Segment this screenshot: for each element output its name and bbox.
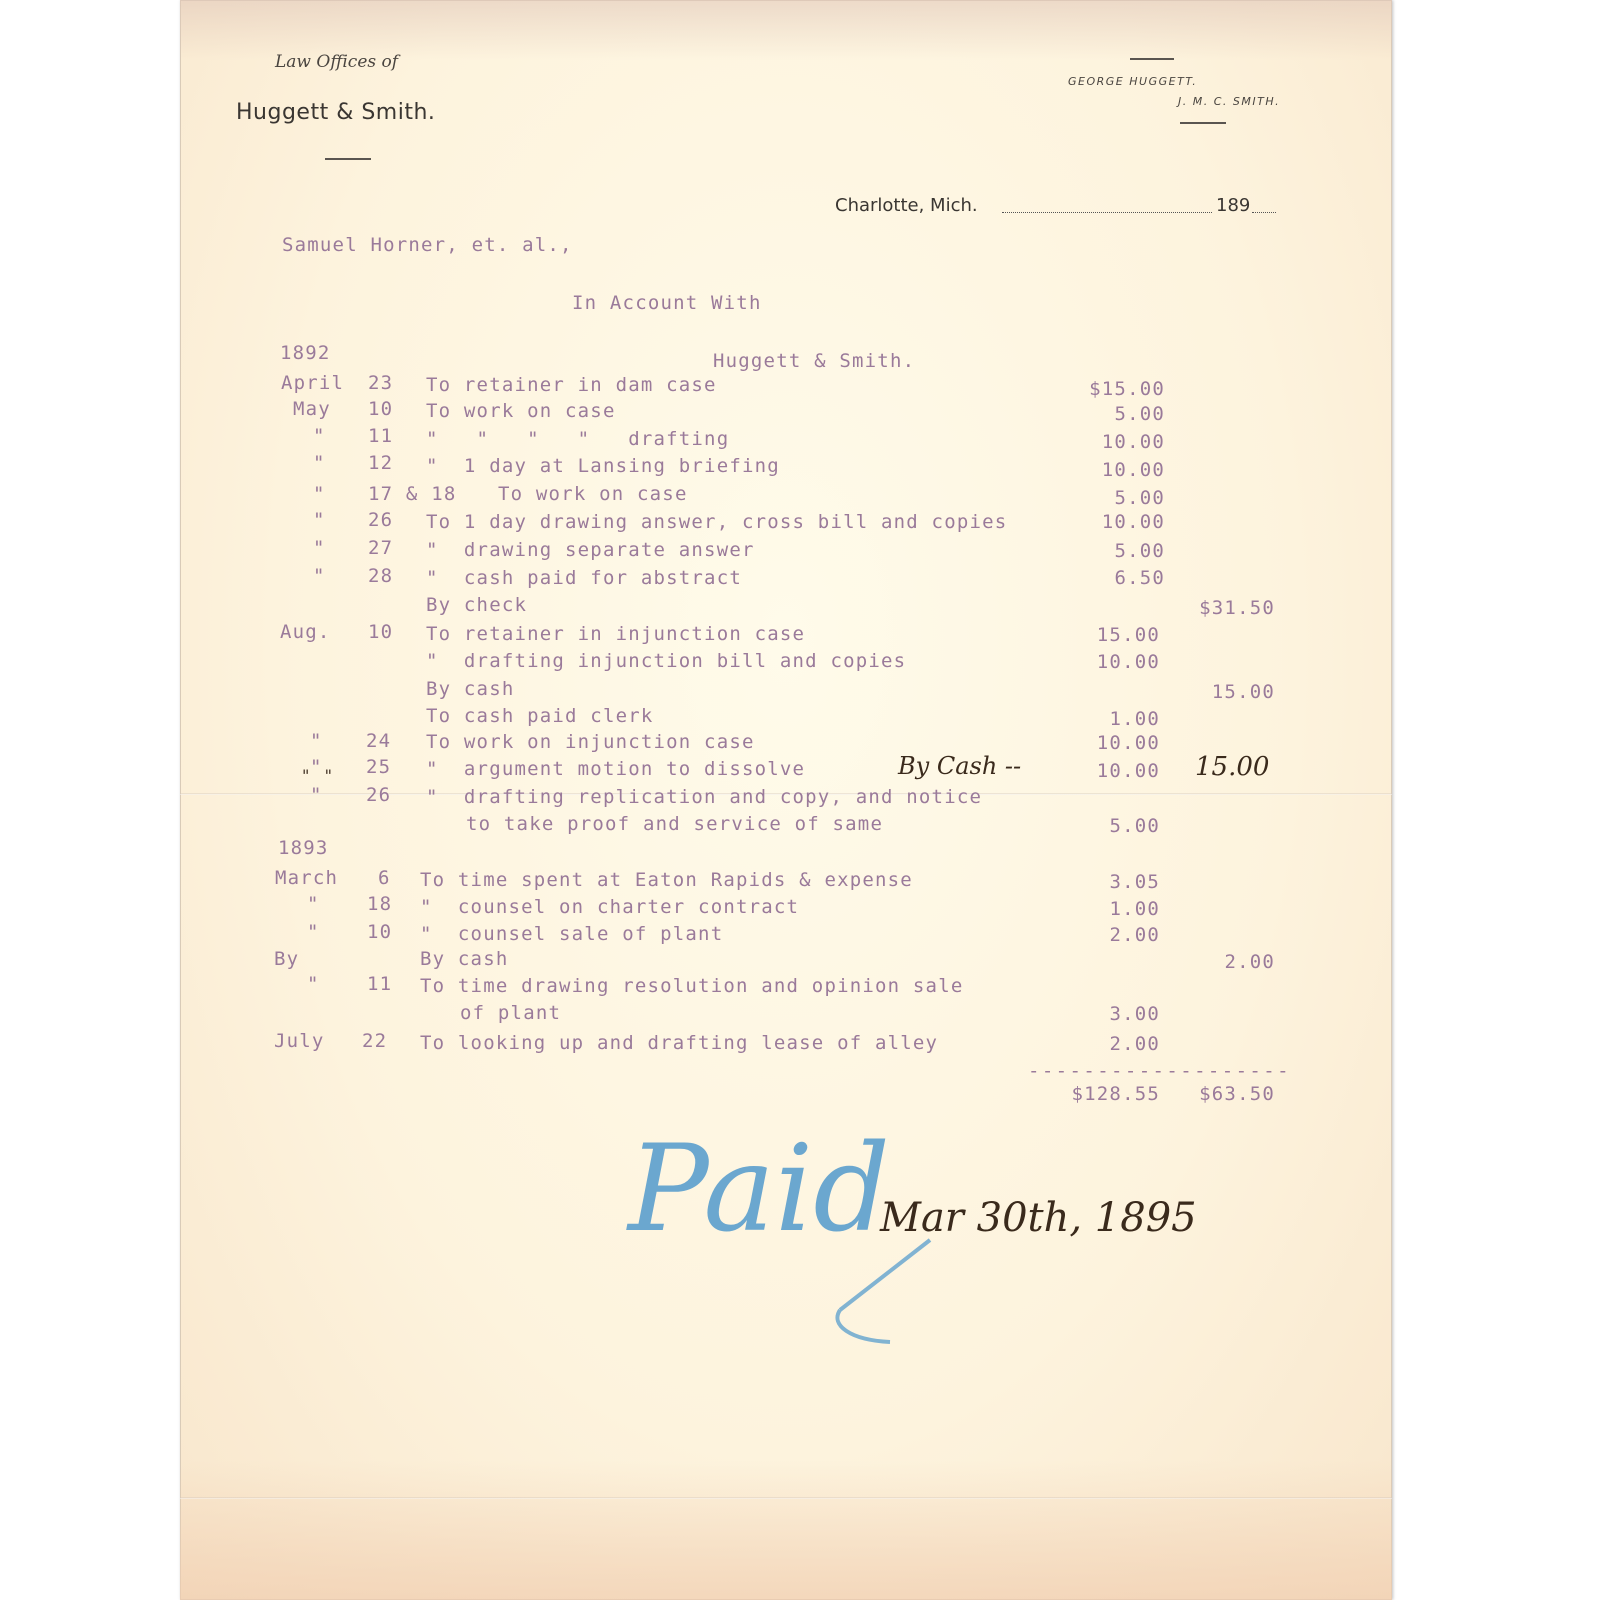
row-debit: 5.00 xyxy=(1055,540,1165,562)
row-day: 11 xyxy=(368,425,393,447)
row-month: " xyxy=(310,730,323,752)
date-dotted-line xyxy=(1002,212,1212,213)
row-day: 22 xyxy=(362,1030,387,1052)
row-day: 28 xyxy=(368,565,393,587)
row-day: 10 xyxy=(367,921,392,943)
row-description: To time spent at Eaton Rapids & expense xyxy=(420,869,913,891)
row-month: March xyxy=(275,867,338,889)
row-description: To cash paid clerk xyxy=(426,705,654,727)
row-day: 6 xyxy=(378,867,391,889)
row-description: to take proof and service of same xyxy=(466,813,883,835)
row-month: " xyxy=(313,537,326,559)
year-1892: 1892 xyxy=(280,342,331,364)
row-day: 26 xyxy=(368,509,393,531)
flourish-ornament-icon xyxy=(1180,122,1226,124)
row-debit: 10.00 xyxy=(1050,732,1160,754)
row-month: May xyxy=(293,398,331,420)
firm-line: Huggett & Smith. xyxy=(713,350,915,372)
fold-line xyxy=(180,1497,1392,1499)
row-month: " xyxy=(307,893,320,915)
row-description: " drawing separate answer xyxy=(426,539,755,561)
row-description: To work on injunction case xyxy=(426,731,755,753)
paper-stain-top xyxy=(180,0,1392,60)
row-debit: 2.00 xyxy=(1050,1033,1160,1055)
letterhead-firm-name: Huggett & Smith. xyxy=(236,100,435,125)
row-debit: 5.00 xyxy=(1055,487,1165,509)
row-description: By cash xyxy=(420,948,508,970)
row-debit: 10.00 xyxy=(1055,511,1165,533)
total-credit: $63.50 xyxy=(1165,1083,1275,1105)
handwritten-by-cash-amount: 15.00 xyxy=(1195,752,1269,782)
totals-separator: ------------------- xyxy=(1028,1060,1291,1082)
row-day: 23 xyxy=(368,372,393,394)
row-day: 26 xyxy=(366,784,391,806)
row-debit: 10.00 xyxy=(1055,459,1165,481)
row-description: " counsel on charter contract xyxy=(420,896,799,918)
row-description: " drafting injunction bill and copies xyxy=(426,650,906,672)
place-label: Charlotte, Mich. xyxy=(835,195,978,216)
row-description: " 1 day at Lansing briefing xyxy=(426,455,780,477)
row-month: Aug. xyxy=(280,621,331,643)
row-description: To work on case xyxy=(426,400,616,422)
row-day: 27 xyxy=(368,537,393,559)
paid-check-mark-icon xyxy=(830,1230,950,1350)
row-month: " xyxy=(307,921,320,943)
row-day: 10 xyxy=(368,398,393,420)
row-credit: 15.00 xyxy=(1165,681,1275,703)
row-description: To retainer in injunction case xyxy=(426,623,805,645)
row-description: To time drawing resolution and opinion s… xyxy=(420,975,963,997)
year-prefix: 189 xyxy=(1216,195,1250,216)
row-debit: 5.00 xyxy=(1050,815,1160,837)
row-debit: 10.00 xyxy=(1050,651,1160,673)
row-day: 10 xyxy=(368,621,393,643)
row-debit: 6.50 xyxy=(1055,567,1165,589)
year-1893: 1893 xyxy=(278,837,329,859)
addressee: Samuel Horner, et. al., xyxy=(282,234,573,256)
row-day: 18 xyxy=(367,893,392,915)
row-month: " xyxy=(307,973,320,995)
row-credit: 2.00 xyxy=(1165,951,1275,973)
row-month: By xyxy=(274,948,299,970)
row-description: " " " " drafting xyxy=(426,428,729,450)
handwritten-ditto-marks: " " xyxy=(302,766,332,785)
row-debit: 1.00 xyxy=(1050,898,1160,920)
row-debit: 15.00 xyxy=(1050,624,1160,646)
row-description: To retainer in dam case xyxy=(426,374,717,396)
date-dotted-line xyxy=(1252,212,1276,213)
document-page: Law Offices of Huggett & Smith. GEORGE H… xyxy=(180,0,1392,1600)
letterhead-script-line: Law Offices of xyxy=(275,52,398,72)
row-description: By check xyxy=(426,594,527,616)
handwritten-by-cash-note: By Cash -- xyxy=(898,752,1021,780)
row-day: 17 & 18 xyxy=(368,483,456,505)
row-debit: 10.00 xyxy=(1050,760,1160,782)
row-day: 25 xyxy=(366,756,391,778)
total-debit: $128.55 xyxy=(1050,1083,1160,1105)
row-description: By cash xyxy=(426,678,514,700)
row-day: 12 xyxy=(368,452,393,474)
row-debit: 10.00 xyxy=(1055,431,1165,453)
row-month: " xyxy=(310,784,323,806)
row-description: To looking up and drafting lease of alle… xyxy=(420,1032,938,1054)
row-month: July xyxy=(274,1030,325,1052)
row-description: To 1 day drawing answer, cross bill and … xyxy=(426,511,1007,533)
row-description: " drafting replication and copy, and not… xyxy=(426,786,982,808)
row-day: 24 xyxy=(366,730,391,752)
flourish-ornament-icon xyxy=(1130,58,1174,60)
partner-name: J. M. C. SMITH. xyxy=(1178,95,1280,108)
partner-name: GEORGE HUGGETT. xyxy=(1068,75,1197,88)
row-description: of plant xyxy=(460,1002,561,1024)
row-month: " xyxy=(313,425,326,447)
row-month: " xyxy=(313,483,326,505)
row-month: " xyxy=(313,565,326,587)
row-credit: $31.50 xyxy=(1165,597,1275,619)
row-debit: 1.00 xyxy=(1050,708,1160,730)
paper-stain-bottom xyxy=(180,1460,1392,1600)
row-description: " cash paid for abstract xyxy=(426,567,742,589)
row-description: " argument motion to dissolve xyxy=(426,758,805,780)
flourish-ornament-icon xyxy=(325,158,371,160)
row-description: " counsel sale of plant xyxy=(420,923,723,945)
row-debit: 3.00 xyxy=(1050,1003,1160,1025)
row-debit: 2.00 xyxy=(1050,924,1160,946)
paid-date-handwritten: Mar 30th, 1895 xyxy=(880,1195,1197,1241)
account-heading: In Account With xyxy=(572,292,762,314)
row-month: " xyxy=(313,509,326,531)
row-debit: 5.00 xyxy=(1055,403,1165,425)
row-month: April xyxy=(281,372,344,394)
row-month: " xyxy=(313,452,326,474)
row-description: To work on case xyxy=(498,483,688,505)
row-day: 11 xyxy=(367,973,392,995)
row-debit: $15.00 xyxy=(1055,378,1165,400)
row-debit: 3.05 xyxy=(1050,871,1160,893)
